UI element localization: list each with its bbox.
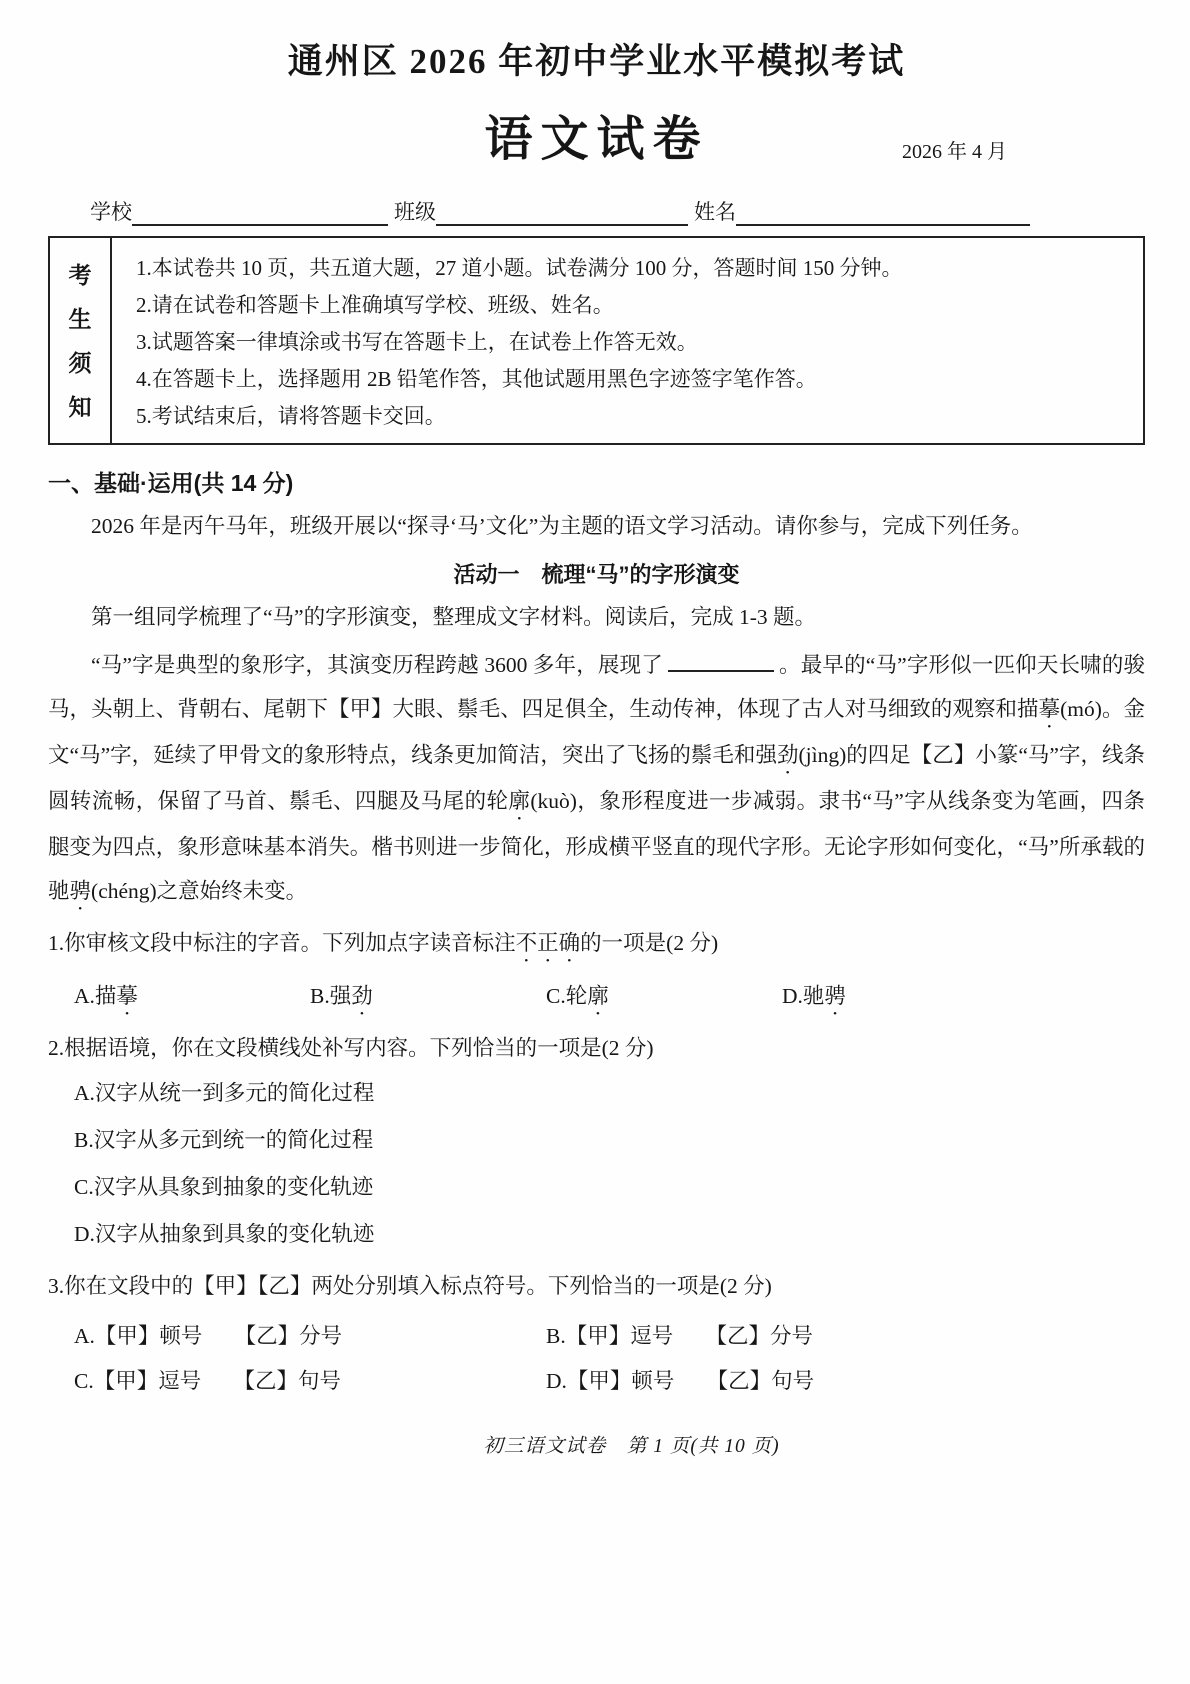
option-item: A.描摹 — [74, 975, 310, 1020]
text-segment: “马”字是典型的象形字，其演变历程跨越 3600 多年，展现了 — [91, 653, 663, 677]
option-item: B.【甲】逗号 【乙】分号 — [546, 1314, 1018, 1359]
emphasized-text: 骋 — [824, 984, 846, 1008]
exam-date: 2026 年 4 月 — [902, 135, 1007, 164]
option-item: A.【甲】顿号 【乙】分号 — [74, 1314, 546, 1359]
notice-item: 1.本试卷共 10 页，共五道大题，27 道小题。试卷满分 100 分，答题时间… — [136, 250, 1135, 287]
name-fill-line — [736, 220, 1030, 226]
candidate-notice-box: 考生须知 1.本试卷共 10 页，共五道大题，27 道小题。试卷满分 100 分… — [48, 236, 1145, 445]
text-segment: 1.你审核文段中标注的字音。下列加点字读音标注 — [48, 931, 516, 955]
text-segment: C.轮 — [546, 984, 587, 1008]
activity1-heading: 活动一 梳理“马”的字形演变 — [48, 558, 1145, 589]
section1-heading: 一、基础·运用(共 14 分) — [48, 465, 1145, 498]
section1-intro: 2026 年是丙午马年，班级开展以“探寻‘马’文化”为主题的语文学习活动。请你参… — [48, 504, 1145, 548]
text-segment: D.驰 — [782, 984, 824, 1008]
notice-item: 5.考试结束后，请将答题卡交回。 — [136, 398, 1135, 435]
emphasized-text: 廓 — [508, 789, 530, 813]
emphasized-text: 摹 — [116, 984, 138, 1008]
option-item: A.汉字从统一到多元的简化过程 — [74, 1070, 1145, 1117]
class-field: 班级 — [394, 196, 688, 226]
text-segment: B.强 — [310, 984, 351, 1008]
class-label: 班级 — [394, 196, 436, 226]
notice-item: 4.在答题卡上，选择题用 2B 铅笔作答，其他试题用黑色字迹签字笔作答。 — [136, 361, 1135, 398]
answer-blank-line — [668, 656, 774, 672]
exam-paper-page: 通州区 2026 年初中学业水平模拟考试 语文试卷 2026 年 4 月 学校 … — [0, 0, 1190, 1684]
exam-title: 通州区 2026 年初中学业水平模拟考试 — [48, 34, 1145, 84]
student-info-row: 学校 班级 姓名 — [90, 196, 1145, 226]
text-segment: (chéng)之意始终未变。 — [91, 879, 307, 903]
emphasized-text: 骋 — [70, 879, 92, 903]
option-item: C.轮廓 — [546, 975, 782, 1020]
passage-text: “马”字是典型的象形字，其演变历程跨越 3600 多年，展现了。最早的“马”字形… — [48, 643, 1145, 915]
option-item: B.强劲 — [310, 975, 546, 1020]
question-3-options: A.【甲】顿号 【乙】分号 B.【甲】逗号 【乙】分号 C.【甲】逗号 【乙】句… — [74, 1314, 1145, 1404]
option-item: D.驰骋 — [782, 975, 1018, 1020]
notice-side-label: 考生须知 — [66, 253, 94, 429]
emphasized-text: 劲 — [777, 743, 799, 767]
option-item: C.【甲】逗号 【乙】句号 — [74, 1359, 546, 1404]
text-segment: 的一项是(2 分) — [580, 931, 718, 955]
question-1: 1.你审核文段中标注的字音。下列加点字读音标注不正确的一项是(2 分) A.描摹… — [48, 921, 1145, 1020]
question-1-stem: 1.你审核文段中标注的字音。下列加点字读音标注不正确的一项是(2 分) — [48, 921, 1145, 967]
notice-item: 2.请在试卷和答题卡上准确填写学校、班级、姓名。 — [136, 287, 1135, 324]
name-field: 姓名 — [694, 196, 1030, 226]
emphasized-text: 廓 — [587, 984, 609, 1008]
notice-item: 3.试题答案一律填涂或书写在答题卡上，在试卷上作答无效。 — [136, 324, 1135, 361]
option-item: C.汉字从具象到抽象的变化轨迹 — [74, 1164, 1145, 1211]
notice-body: 1.本试卷共 10 页，共五道大题，27 道小题。试卷满分 100 分，答题时间… — [112, 238, 1143, 443]
emphasized-text: 劲 — [351, 984, 373, 1008]
school-fill-line — [132, 220, 388, 226]
exam-subtitle: 语文试卷 — [484, 113, 708, 166]
school-label: 学校 — [90, 196, 132, 226]
subtitle-row: 语文试卷 2026 年 4 月 — [48, 100, 1145, 166]
emphasized-text: 不正确 — [516, 931, 581, 955]
option-item: B.汉字从多元到统一的简化过程 — [74, 1117, 1145, 1164]
name-label: 姓名 — [694, 196, 736, 226]
question-1-options: A.描摹 B.强劲 C.轮廓 D.驰骋 — [74, 975, 1145, 1020]
page-footer: 初三语文试卷 第 1 页(共 10 页) — [118, 1430, 1145, 1458]
text-segment: A.描 — [74, 984, 116, 1008]
question-2-options: A.汉字从统一到多元的简化过程 B.汉字从多元到统一的简化过程 C.汉字从具象到… — [74, 1070, 1145, 1257]
class-fill-line — [436, 220, 688, 226]
question-3-stem: 3.你在文段中的【甲】【乙】两处分别填入标点符号。下列恰当的一项是(2 分) — [48, 1264, 1145, 1308]
notice-side-column: 考生须知 — [50, 238, 112, 443]
activity1-lead: 第一组同学梳理了“马”的字形演变，整理成文字材料。阅读后，完成 1-3 题。 — [48, 595, 1145, 639]
question-2: 2.根据语境，你在文段横线处补写内容。下列恰当的一项是(2 分) A.汉字从统一… — [48, 1026, 1145, 1258]
option-item: D.【甲】顿号 【乙】句号 — [546, 1359, 1018, 1404]
option-item: D.汉字从抽象到具象的变化轨迹 — [74, 1211, 1145, 1258]
school-field: 学校 — [90, 196, 388, 226]
emphasized-text: 摹 — [1039, 697, 1061, 721]
question-2-stem: 2.根据语境，你在文段横线处补写内容。下列恰当的一项是(2 分) — [48, 1026, 1145, 1070]
question-3: 3.你在文段中的【甲】【乙】两处分别填入标点符号。下列恰当的一项是(2 分) A… — [48, 1264, 1145, 1404]
